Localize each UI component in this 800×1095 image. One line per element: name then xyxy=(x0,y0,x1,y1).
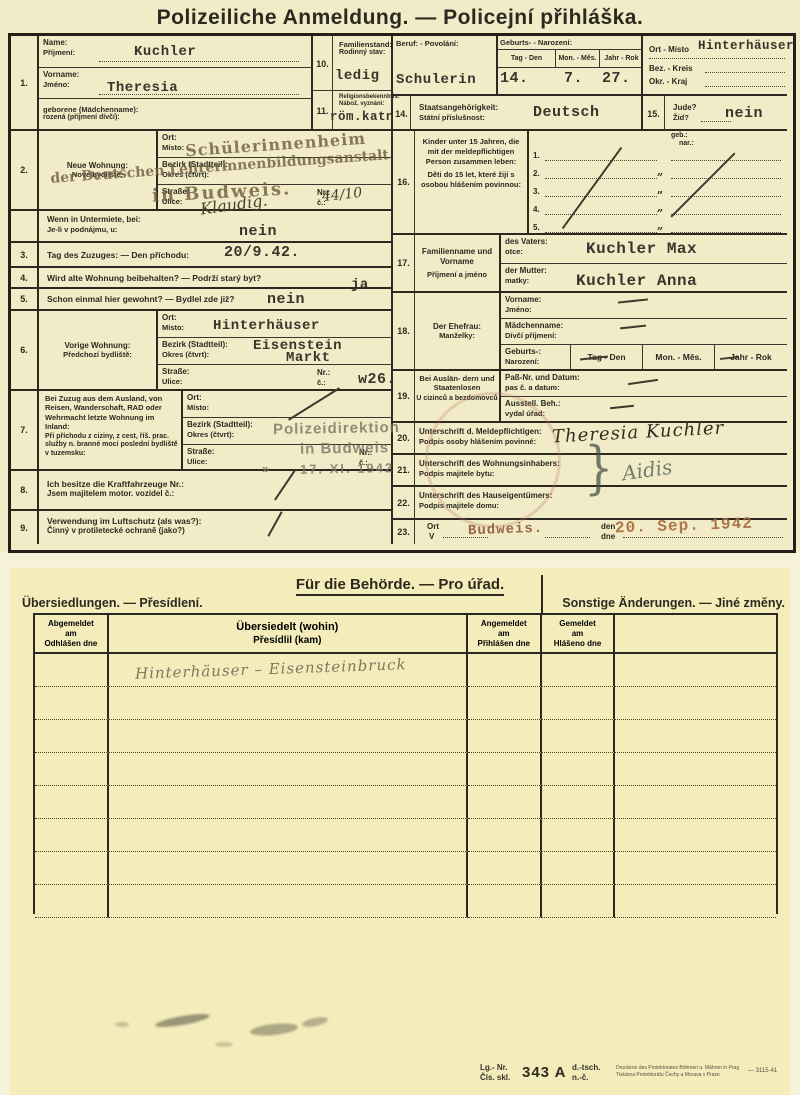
alte-wohnung-cell: Wird alte Wohnung beibehalten? — Podrží … xyxy=(39,268,393,289)
table-row xyxy=(35,852,776,885)
vorige-wohnung-nr-value: w26. xyxy=(358,371,396,388)
ehefrau-label-cell: Der Ehefrau: Manželky: xyxy=(415,293,501,371)
footer-lang-labels: d.-tsch. n.-č. xyxy=(572,1063,600,1082)
table-row xyxy=(35,819,776,852)
behoerde-sheet: Für die Behörde. — Pro úřad. Übersiedlun… xyxy=(10,568,790,1095)
ditto-mark: „ xyxy=(657,201,663,214)
geburt-mon-header: Mon. - Měs. xyxy=(556,49,600,68)
zuzug-cell: Tag des Zuzuges: — Den příchodu: 20/9.42… xyxy=(39,243,393,268)
printer-imprint: Druckerei des Protektorates Böhmen u. Mä… xyxy=(616,1065,746,1078)
scanned-registration-form: Polizeiliche Anmeldung. — Policejní přih… xyxy=(0,0,800,1095)
field-geborene-cell: geborene (Mädchenname): rozená (příjmení… xyxy=(39,99,313,131)
field-15-number: 15. xyxy=(643,96,665,131)
ink-smudge xyxy=(250,1022,299,1038)
field-vorname-value: Theresia xyxy=(107,80,178,96)
kinder-label-cell: Kinder unter 15 Jahren, die mit der meld… xyxy=(415,131,529,235)
ort-label: Ort xyxy=(427,522,439,531)
pass-cell: Paß-Nr. und Datum:pas č. a datum: xyxy=(501,371,787,397)
ink-smudge xyxy=(215,1042,233,1047)
vater-value: Kuchler Max xyxy=(586,240,697,258)
field-geburt-label: Geburts- - Narození: xyxy=(500,38,572,47)
field-staatsangehoerigkeit-cell: 14. Staatsangehörigkeit: Státní příslušn… xyxy=(393,96,643,131)
geburt-mon-value: 7. xyxy=(564,70,583,87)
field-familienstand-cell: 10. Familienstand: Rodinný stav: ledig xyxy=(313,36,393,91)
ausland-label-cell: Bei Zuzug aus dem Ausland, von Reisen, W… xyxy=(39,391,183,471)
vorige-wohnung-ort-value: Hinterhäuser xyxy=(213,318,320,334)
col-uebersiedelt-header: Übersiedelt (wohin) Přesídlil (kam) xyxy=(109,615,468,652)
geburt-tag-header: Tag - Den xyxy=(498,49,556,68)
round-stamp-circle xyxy=(425,392,561,528)
ink-smudge xyxy=(301,1015,328,1028)
field-5-number: 5. xyxy=(11,289,39,311)
schon-gewohnt-cell: Schon einmal hier gewohnt? — Bydlel zde … xyxy=(39,289,393,311)
field-beruf-cell: Beruf: - Povolání: Schulerin xyxy=(393,36,498,96)
den-label: den xyxy=(601,522,615,531)
uebersiedlungen-heading: Übersiedlungen. — Přesídlení. xyxy=(22,596,203,610)
dne-label: dne xyxy=(601,532,615,541)
field-17-number: 17. xyxy=(393,235,415,293)
geburtsokr-label: Okr. - Kraj xyxy=(649,77,687,86)
field-21-number: 21. xyxy=(393,455,415,487)
col-abgemeldet-header: Abgemeldet am Odhlášen dne xyxy=(35,615,109,652)
field-jude-cell: 15. Jude? Žid? nein xyxy=(643,96,787,131)
jude-label: Jude? Žid? xyxy=(669,101,697,122)
kraftfahrzeuge-cell: Ich besitze die Kraftfahrzeuge Nr.: Jsem… xyxy=(39,471,393,511)
ditto-mark: „ xyxy=(657,183,663,196)
police-stamp-arrow: » xyxy=(262,461,269,476)
schon-gewohnt-label: Schon einmal hier gewohnt? — Bydlel zde … xyxy=(39,289,391,309)
untermiete-value: nein xyxy=(239,223,277,240)
field-4-number: 4. xyxy=(11,268,39,289)
rule-line xyxy=(649,58,785,59)
ink-smudge xyxy=(115,1022,129,1027)
footer-lg-labels: Lg.- Nr. Čís. skl. xyxy=(480,1063,510,1082)
staatsangehoerigkeit-value: Deutsch xyxy=(533,104,600,121)
kind-row: 4. „ xyxy=(529,201,787,219)
geburt-jahr-header: Jahr - Rok xyxy=(600,49,643,68)
field-1-number: 1. xyxy=(11,36,39,131)
behoerde-title: Für die Behörde. — Pro úřad. xyxy=(10,576,790,596)
ehefrau-mon-header: Mon. - Měs. xyxy=(643,345,715,371)
form-number: 343 A xyxy=(522,1064,566,1081)
field-beruf-value: Schulerin xyxy=(396,72,476,88)
field-name-value: Kuchler xyxy=(134,44,196,60)
field-familienstand-value: ledig xyxy=(335,68,380,84)
table-row xyxy=(35,687,776,720)
staatsangehoerigkeit-label: Staatsangehörigkeit: Státní příslušnost: xyxy=(415,101,498,122)
vorige-wohnung-ort-cell: Ort:Místo: Hinterhäuser xyxy=(158,311,393,338)
vorige-wohnung-strasse-cell: Straße:Ulice: Nr.:č.: w26. xyxy=(158,365,393,391)
schon-gewohnt-value: nein xyxy=(267,291,305,308)
vorige-wohnung-bezirk-value2: Markt xyxy=(286,350,331,366)
field-10-number: 10. xyxy=(313,36,333,91)
field-3-number: 3. xyxy=(11,243,39,268)
field-geburt-cell: Geburts- - Narození: Tag - Den Mon. - Mě… xyxy=(498,36,643,96)
eltern-label-cell: Familienname und Vorname Příjmení a jmén… xyxy=(415,235,501,293)
luftschutz-cell: Verwendung im Luftschutz (als was?): Čin… xyxy=(39,511,393,544)
ehefrau-maedchenname-cell: Mädchenname:Dívčí příjmení: xyxy=(501,319,787,345)
field-name-cell: Name: Příjmení: Kuchler xyxy=(39,36,313,68)
kind-row: 2. „ xyxy=(529,165,787,183)
field-geburtsort-cell: Ort - Místo Hinterhäuser Bez. - Kreis Ok… xyxy=(643,36,787,96)
field-18-number: 18. xyxy=(393,293,415,371)
ditto-mark: „ xyxy=(657,219,663,232)
col-gemeldet-header: Gemeldet am Hlášeno dne xyxy=(542,615,616,652)
field-8-number: 8. xyxy=(11,471,39,511)
geburt-tag-value: 14. xyxy=(500,70,529,87)
col-notes-header xyxy=(615,615,776,652)
field-vorname-cell: Vorname: Jméno: Theresia xyxy=(39,68,313,99)
zuzug-label: Tag des Zuzuges: — Den příchodu: xyxy=(39,243,391,266)
field-religion-value: röm.katn xyxy=(330,110,394,124)
police-stamp-line1: Polizeidirektion xyxy=(273,419,400,438)
vater-cell: des Vaters:otce: Kuchler Max xyxy=(501,235,787,264)
table-row xyxy=(35,753,776,786)
form-title: Polizeiliche Anmeldung. — Policejní přih… xyxy=(0,6,800,30)
table-row xyxy=(35,720,776,753)
field-16-number: 16. xyxy=(393,131,415,235)
field-religion-cell: 11. Religionsbekenntnis: Nábož. vyznání:… xyxy=(313,91,393,131)
form-footer: Lg.- Nr. Čís. skl. 343 A d.-tsch. n.-č. … xyxy=(480,1060,780,1086)
vorige-wohnung-bezirk-cell: Bezirk (Stadtteil):Okres (čtvrt): Eisens… xyxy=(158,338,393,365)
ort-stamp-value: Budweis. xyxy=(468,521,544,540)
field-9-number: 9. xyxy=(11,511,39,544)
untermiete-number-cell xyxy=(11,211,39,243)
field-2-number: 2. xyxy=(11,131,39,211)
anmeldung-sheet: Polizeiliche Anmeldung. — Policejní přih… xyxy=(0,0,800,552)
ehefrau-vorname-cell: Vorname:Jméno: xyxy=(501,293,787,319)
police-stamp-line2: in Budweis xyxy=(300,439,389,458)
field-14-number: 14. xyxy=(393,96,411,131)
print-code: — 3115-41 xyxy=(748,1068,777,1074)
zuzug-value: 20/9.42. xyxy=(224,244,300,261)
ausland-label-de: Bei Zuzug aus dem Ausland, von Reisen, W… xyxy=(39,391,181,432)
ditto-mark: „ xyxy=(657,165,663,178)
alte-wohnung-label: Wird alte Wohnung beibehalten? — Podrží … xyxy=(39,268,391,287)
sonstige-aenderungen-heading: Sonstige Änderungen. — Jiné změny. xyxy=(545,596,785,610)
field-familienstand-label: Familienstand: Rodinný stav: xyxy=(335,38,392,57)
vorige-wohnung-label: Vorige Wohnung: Předchozí bydliště: xyxy=(39,311,158,391)
field-geborene-label: geborene (Mädchenname): rozená (příjmení… xyxy=(39,99,311,122)
mutter-value: Kuchler Anna xyxy=(576,272,697,290)
ink-smudge xyxy=(155,1011,211,1029)
brace-mark: } xyxy=(584,438,613,496)
field-7-number: 7. xyxy=(11,391,39,471)
ausland-label-cs: Při příchodu z ciziny, z cest, říš. prac… xyxy=(39,432,181,459)
field-19-number: 19. xyxy=(393,371,415,423)
kinder-label-cs: Děti do 15 let, které žijí s osobou hláš… xyxy=(415,166,527,190)
rule-line xyxy=(705,86,785,87)
kinder-label-de: Kinder unter 15 Jahren, die mit der meld… xyxy=(415,131,527,166)
field-22-number: 22. xyxy=(393,487,415,520)
field-23-number: 23. xyxy=(393,520,415,544)
field-6-number: 6. xyxy=(11,311,39,391)
v-label: V xyxy=(429,532,434,541)
geburt-jahr-value: 27. xyxy=(602,70,631,87)
jude-value: nein xyxy=(725,105,763,122)
geburtsort-value: Hinterhäuser xyxy=(698,39,794,53)
police-stamp-date: 17. XI. 1942 xyxy=(300,460,394,477)
field-beruf-label: Beruf: - Povolání: xyxy=(396,39,459,48)
rule-line xyxy=(705,72,785,73)
ausland-ort-cell: Ort:Místo: xyxy=(183,391,393,418)
kind-row: 1. xyxy=(529,147,787,165)
ehefrau-geburts-label: Geburts-:Narození: xyxy=(501,345,571,371)
main-form-box: 1. Name: Příjmení: Kuchler Vorname: Jmén… xyxy=(8,33,796,553)
geburtsort-label: Ort - Místo xyxy=(649,45,689,54)
kind-row: 3. „ xyxy=(529,183,787,201)
alte-wohnung-value: ja xyxy=(351,277,369,293)
field-religion-label: Religionsbekenntnis: Nábož. vyznání: xyxy=(335,92,400,108)
geburtsbez-label: Bez. - Kreis xyxy=(649,64,693,73)
table-row xyxy=(35,786,776,819)
col-angemeldet-header: Angemeldet am Přihlášen dne xyxy=(468,615,542,652)
mutter-cell: der Mutter:matky: Kuchler Anna xyxy=(501,264,787,293)
table-row xyxy=(35,885,776,918)
table-header-row: Abgemeldet am Odhlášen dne Übersiedelt (… xyxy=(35,615,776,654)
rule-line xyxy=(99,61,299,62)
